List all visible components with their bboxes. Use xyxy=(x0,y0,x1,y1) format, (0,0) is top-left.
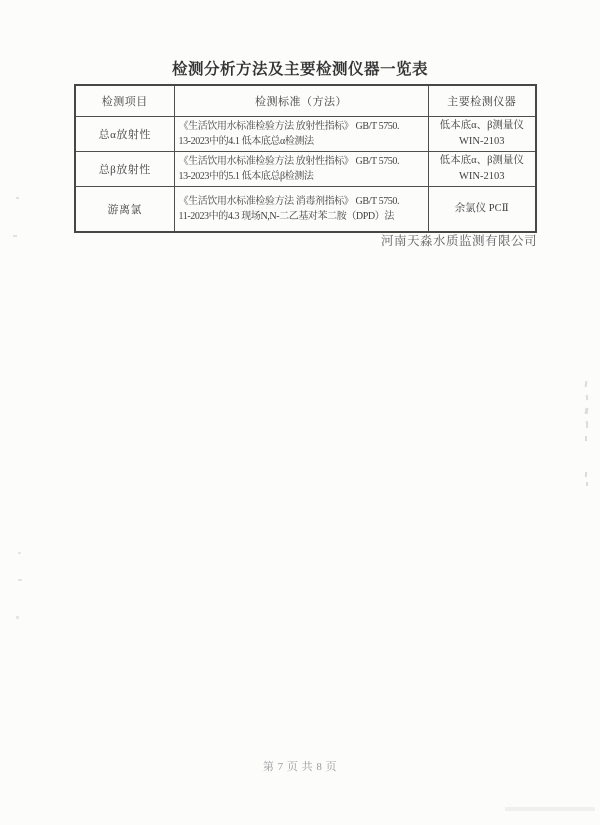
scan-artifact xyxy=(18,552,21,554)
cell-standard: 《生活饮用水标准检验方法 消毒剂指标》 GB/T 5750. 11-2023中的… xyxy=(174,187,428,232)
scan-artifact xyxy=(585,472,588,477)
scan-artifact xyxy=(13,235,17,237)
cell-item: 游离氯 xyxy=(75,187,174,232)
page-number-footer: 第 7 页 共 8 页 xyxy=(0,758,600,774)
scan-artifact xyxy=(586,395,589,400)
header-cell-instrument: 主要检测仪器 xyxy=(428,85,536,117)
cell-standard: 《生活饮用水标准检验方法 放射性指标》 GB/T 5750. 13-2023中的… xyxy=(174,152,428,187)
page-title: 检测分析方法及主要检测仪器一览表 xyxy=(0,57,600,79)
scan-artifact xyxy=(16,616,19,619)
scan-artifact xyxy=(586,421,588,428)
scan-artifact xyxy=(505,807,595,811)
table-row: 游离氯 《生活饮用水标准检验方法 消毒剂指标》 GB/T 5750. 11-20… xyxy=(75,187,536,232)
cell-instrument: 余氯仪 PCⅡ xyxy=(428,187,536,232)
scan-artifact xyxy=(586,482,588,486)
scan-artifact xyxy=(585,381,588,387)
cell-instrument: 低本底α、β测量仪 WIN-2103 xyxy=(428,117,536,152)
scan-artifact xyxy=(585,408,589,414)
table-header-row: 检测项目 检测标准（方法） 主要检测仪器 xyxy=(75,85,536,117)
cell-item: 总β放射性 xyxy=(75,152,174,187)
document-page: 检测分析方法及主要检测仪器一览表 检测项目 检测标准（方法） 主要检测仪器 总α… xyxy=(0,0,600,825)
cell-item: 总α放射性 xyxy=(75,117,174,152)
scan-artifact xyxy=(18,579,22,581)
company-signature: 河南天淼水质监测有限公司 xyxy=(381,231,537,249)
scan-artifact xyxy=(16,197,19,199)
analysis-methods-table: 检测项目 检测标准（方法） 主要检测仪器 总α放射性 《生活饮用水标准检验方法 … xyxy=(74,84,537,233)
scan-artifact xyxy=(585,436,587,441)
header-cell-standard: 检测标准（方法） xyxy=(174,85,428,117)
cell-standard: 《生活饮用水标准检验方法 放射性指标》 GB/T 5750. 13-2023中的… xyxy=(174,117,428,152)
cell-instrument: 低本底α、β测量仪 WIN-2103 xyxy=(428,152,536,187)
header-cell-item: 检测项目 xyxy=(75,85,174,117)
table-row: 总β放射性 《生活饮用水标准检验方法 放射性指标》 GB/T 5750. 13-… xyxy=(75,152,536,187)
table-row: 总α放射性 《生活饮用水标准检验方法 放射性指标》 GB/T 5750. 13-… xyxy=(75,117,536,152)
